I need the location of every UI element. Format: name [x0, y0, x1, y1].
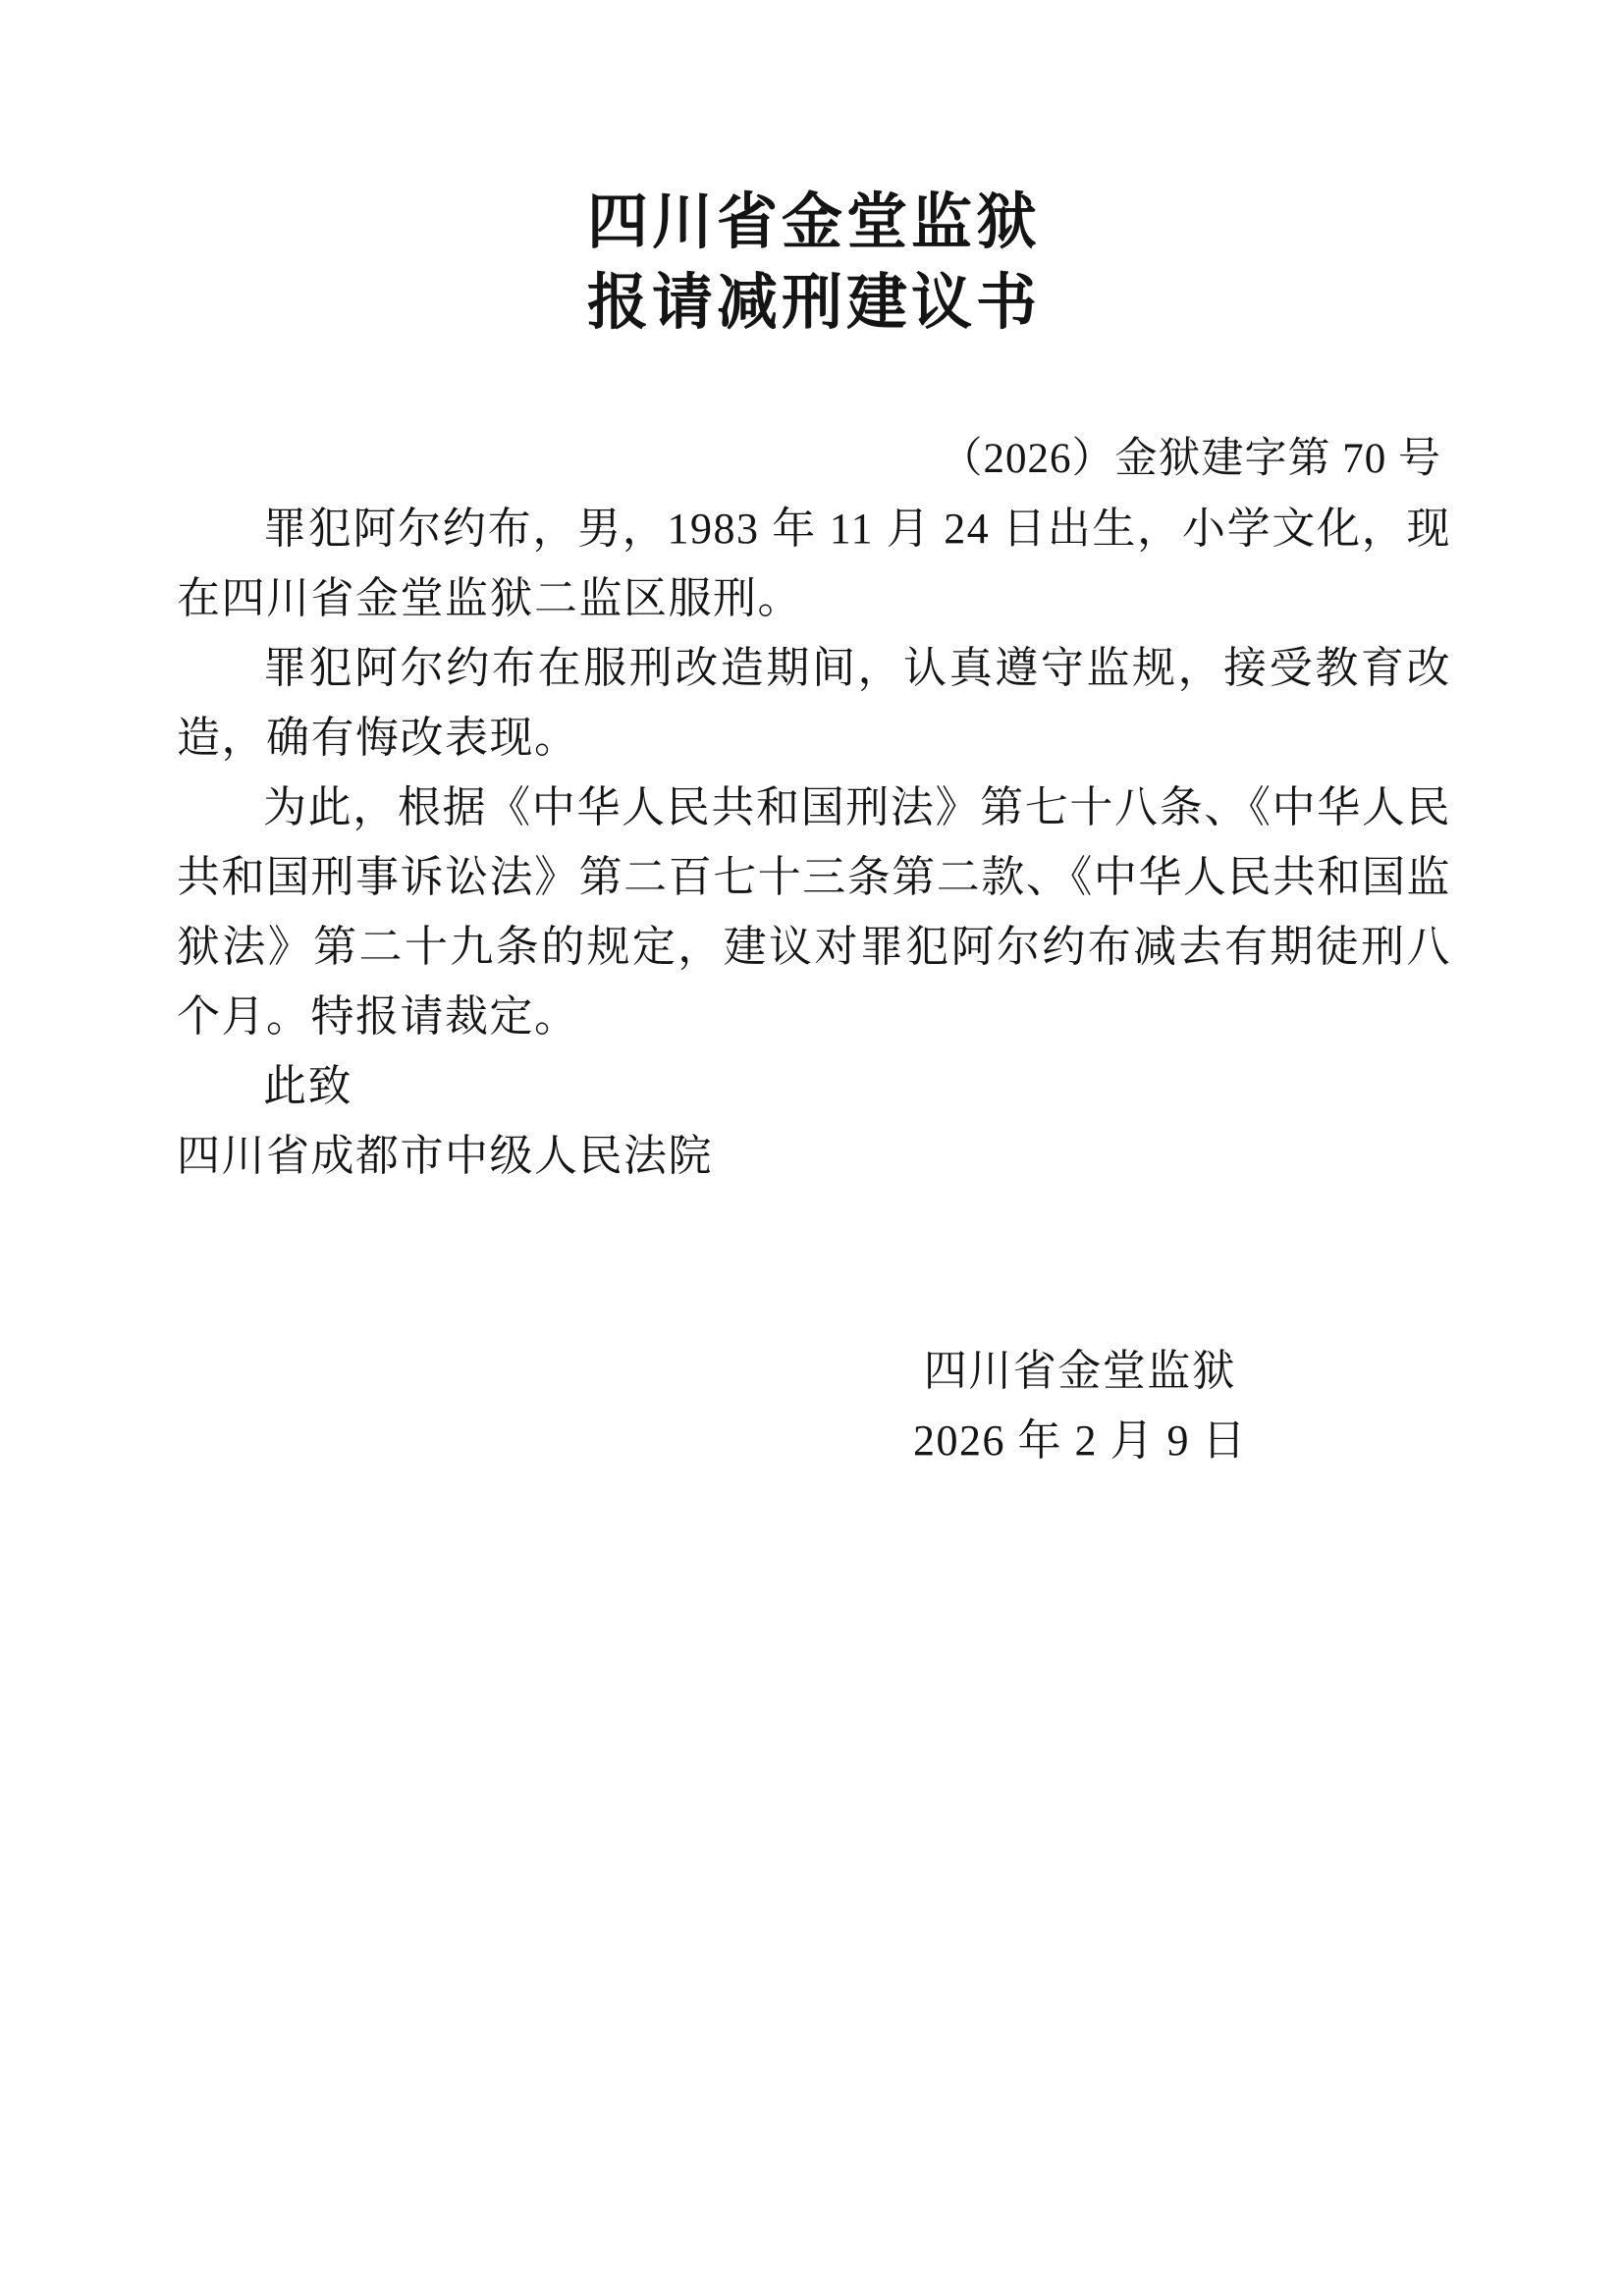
document-title: 四川省金堂监狱 报请减刑建议书	[177, 183, 1451, 344]
recipient-line: 四川省成都市中级人民法院	[177, 1121, 1451, 1191]
body-paragraph-offender-info: 罪犯阿尔约布，男，1983 年 11 月 24 日出生，小学文化，现在四川省金堂…	[177, 494, 1451, 633]
body-paragraph-behavior: 罪犯阿尔约布在服刑改造期间，认真遵守监规，接受教育改造，确有悔改表现。	[177, 633, 1451, 773]
signature-block: 四川省金堂监狱 2026 年 2 月 9 日	[805, 1336, 1355, 1475]
signature-organization: 四川省金堂监狱	[805, 1336, 1355, 1406]
document-title-line1: 四川省金堂监狱	[177, 183, 1451, 263]
salutation-line: 此致	[177, 1051, 1451, 1121]
document-body: 罪犯阿尔约布，男，1983 年 11 月 24 日出生，小学文化，现在四川省金堂…	[177, 494, 1451, 1191]
body-paragraph-legal-basis: 为此，根据《中华人民共和国刑法》第七十八条、《中华人民共和国刑事诉讼法》第二百七…	[177, 773, 1451, 1051]
document-page: 四川省金堂监狱 报请减刑建议书 （2026）金狱建字第 70 号 罪犯阿尔约布，…	[0, 0, 1624, 2296]
document-title-line2: 报请减刑建议书	[177, 263, 1451, 344]
document-number: （2026）金狱建字第 70 号	[177, 424, 1451, 494]
signature-date: 2026 年 2 月 9 日	[805, 1406, 1355, 1475]
document-content: 四川省金堂监狱 报请减刑建议书 （2026）金狱建字第 70 号 罪犯阿尔约布，…	[177, 0, 1451, 1475]
